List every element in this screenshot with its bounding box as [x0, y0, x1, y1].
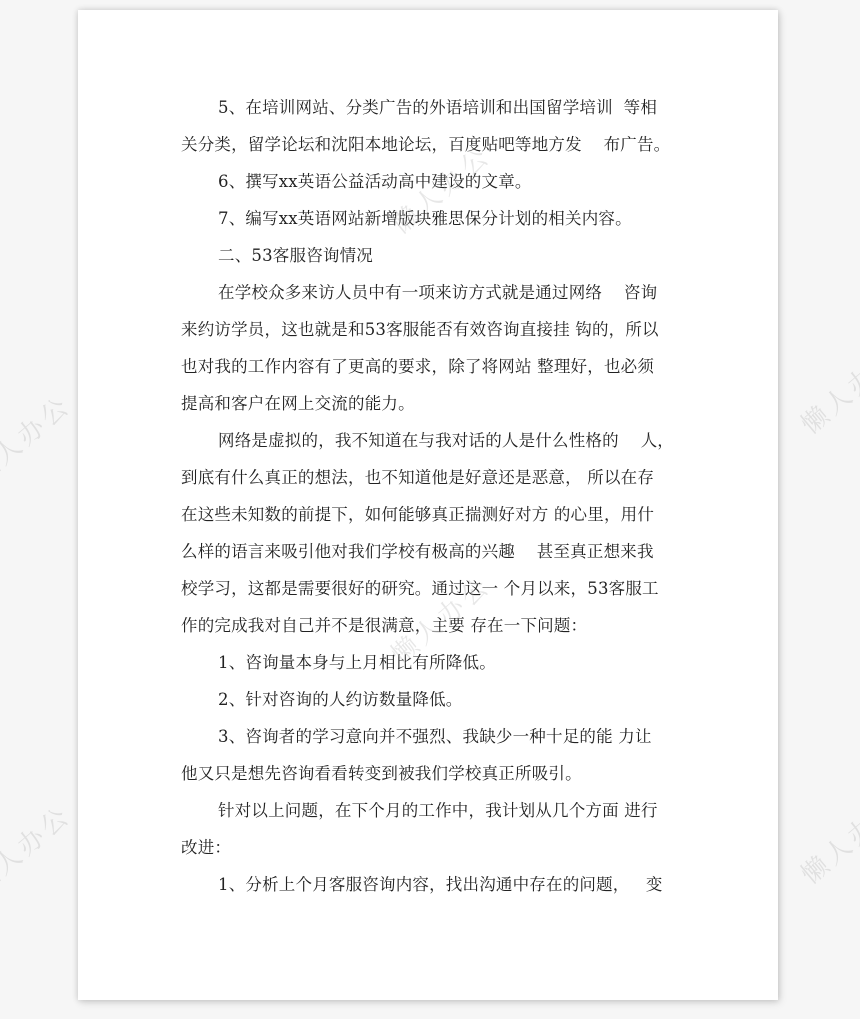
watermark: 懒人办公 — [792, 336, 860, 441]
text-line-4: 7、编写xx英语网站新增版块雅思保分计划的相关内容。 — [218, 209, 632, 229]
watermark: 懒人办公 — [792, 786, 860, 891]
text-line-7: 来约访学员，这也就是和53客服能否有效咨询直接挂 钩的，所以 — [181, 320, 659, 340]
text-line-20: 针对以上问题，在下个月的工作中，我计划从几个方面 进行 — [218, 801, 658, 821]
text-line-15: 作的完成我对自己并不是很满意，主要 存在一下问题： — [181, 616, 587, 636]
watermark: 懒人办公 — [0, 796, 78, 901]
text-line-10: 网络是虚拟的，我不知道在与我对话的人是什么性格的 人， — [218, 431, 674, 451]
document-page: 5、在培训网站、分类广告的外语培训和出国留学培训 等相 关分类，留学论坛和沈阳本… — [78, 10, 778, 1000]
text-line-3: 6、撰写xx英语公益活动高中建设的文章。 — [218, 172, 532, 192]
text-line-18: 3、咨询者的学习意向并不强烈、我缺少一种十足的能 力让 — [218, 727, 652, 747]
text-line-12: 在这些未知数的前提下，如何能够真正揣测好对方 的心里，用什 — [181, 505, 654, 525]
text-line-8: 也对我的工作内容有了更高的要求，除了将网站 整理好，也必须 — [181, 357, 654, 377]
text-line-17: 2、针对咨询的人约访数量降低。 — [218, 690, 463, 710]
text-line-11: 到底有什么真正的想法，也不知道他是好意还是恶意， 所以在存 — [181, 468, 654, 488]
text-line-13: 么样的语言来吸引他对我们学校有极高的兴趣 甚至真正想来我 — [181, 542, 654, 562]
text-line-1: 5、在培训网站、分类广告的外语培训和出国留学培训 等相 — [218, 98, 657, 118]
text-line-16: 1、咨询量本身与上月相比有所降低。 — [218, 653, 496, 673]
section-heading: 二、53客服咨询情况 — [218, 246, 373, 266]
text-line-2: 关分类，留学论坛和沈阳本地论坛，百度贴吧等地方发 布广告。 — [181, 135, 670, 155]
text-line-6: 在学校众多来访人员中有一项来访方式就是通过网络 咨询 — [218, 283, 657, 303]
watermark: 懒人办公 — [0, 386, 78, 491]
text-line-22: 1、分析上个月客服咨询内容，找出沟通中存在的问题， 变 — [218, 875, 663, 895]
text-line-14: 校学习，这都是需要很好的研究。通过这一 个月以来，53客服工 — [181, 579, 659, 599]
text-line-21: 改进： — [181, 838, 231, 858]
text-line-19: 他又只是想先咨询看看转变到被我们学校真正所吸引。 — [181, 764, 582, 784]
text-line-9: 提高和客户在网上交流的能力。 — [181, 394, 415, 414]
